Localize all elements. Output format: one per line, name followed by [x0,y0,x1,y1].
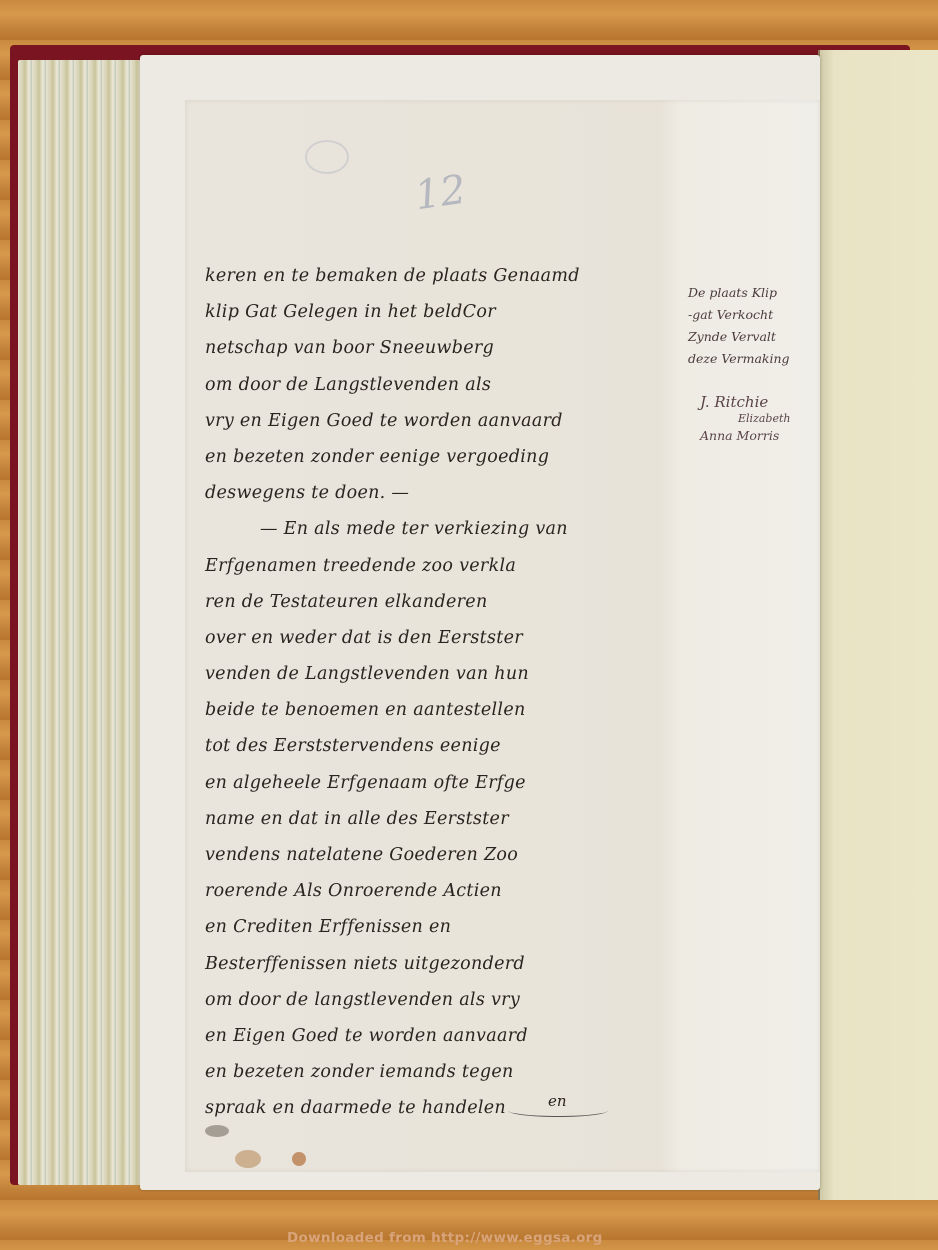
folio-number: 12 [412,167,469,220]
text-line: over en weder dat is den Eerstster [205,620,685,656]
margin-note-line: De plaats Klip [688,282,828,304]
text-line: spraak en daarmede te handelen [205,1090,685,1126]
text-line: vry en Eigen Goed te worden aanvaard [205,403,685,439]
text-line: netschap van boor Sneeuwberg [205,330,685,366]
stain [205,1125,229,1137]
text-line: beide te benoemen en aantestellen [205,692,685,728]
margin-note-line: deze Vermaking [688,348,828,370]
text-line: klip Gat Gelegen in het beldCor [205,294,685,330]
text-line: Erfgenamen treedende zoo verkla [205,548,685,584]
text-line: en Eigen Goed te worden aanvaard [205,1018,685,1054]
text-line: deswegens te doen. — [205,475,685,511]
manuscript-text: keren en te bemaken de plaats Genaamd kl… [205,258,685,1127]
signature: J. Ritchie [700,392,830,412]
text-line: tot des Eerststervendens eenige [205,728,685,764]
text-line: ren de Testateuren elkanderen [205,584,685,620]
text-line: vendens natelatene Goederen Zoo [205,837,685,873]
text-line: Besterffenissen niets uitgezonderd [205,946,685,982]
text-line: en Crediten Erffenissen en [205,909,685,945]
margin-annotation: De plaats Klip -gat Verkocht Zynde Verva… [688,282,828,370]
text-line: roerende Als Onroerende Actien [205,873,685,909]
stain [235,1150,261,1168]
signature: Elizabeth [700,412,830,426]
stain [292,1152,306,1166]
margin-note-line: -gat Verkocht [688,304,828,326]
right-facing-page [818,50,938,1200]
watermark-text: Downloaded from http://www.eggsa.org [287,1230,603,1246]
text-line: keren en te bemaken de plaats Genaamd [205,258,685,294]
text-line: name en dat in alle des Eerstster [205,801,685,837]
text-line: en bezeten zonder eenige vergoeding [205,439,685,475]
signature: Anna Morris [700,426,830,446]
text-line: en bezeten zonder iemands tegen [205,1054,685,1090]
text-line: om door de langstlevenden als vry [205,982,685,1018]
text-line: om door de Langstlevenden als [205,367,685,403]
catchword: en [548,1092,567,1110]
faint-stamp-mark [305,140,349,174]
margin-signatures: J. Ritchie Elizabeth Anna Morris [700,392,830,446]
margin-note-line: Zynde Vervalt [688,326,828,348]
text-line: en algeheele Erfgenaam ofte Erfge [205,765,685,801]
text-line: — En als mede ter verkiezing van [205,511,685,547]
text-line: venden de Langstlevenden van hun [205,656,685,692]
